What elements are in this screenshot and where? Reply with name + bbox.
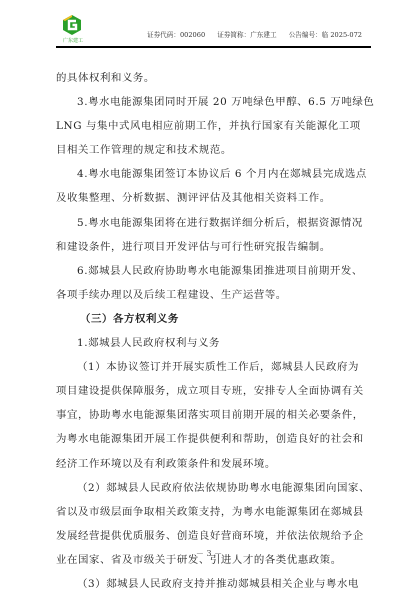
logo-text: 广东建工 xyxy=(60,38,86,44)
text-line: 为粤水电能源集团开展工作提供便利和帮助，创造良好的社会和 xyxy=(56,427,372,451)
text-line: 的具体权利和义务。 xyxy=(56,66,372,90)
text-line: （3）郯城县人民政府支持并推动郯城县相关企业与粤水电 xyxy=(56,572,372,591)
text-line: 3.粤水电能源集团同时开展 20 万吨绿色甲醇、6.5 万吨绿色 xyxy=(56,90,372,114)
document-page: 广东建工 证券代码：002060 证券简称：广东建工 公告编号：临 2025-0… xyxy=(0,0,418,591)
document-body: 的具体权利和义务。 3.粤水电能源集团同时开展 20 万吨绿色甲醇、6.5 万吨… xyxy=(56,66,372,591)
text-line: LNG 与集中式风电相应前期工作，并执行国家有关能源化工项 xyxy=(56,114,372,138)
text-line: （2）郯城县人民政府依法依规协助粤水电能源集团向国家、 xyxy=(56,476,372,500)
page-number: － 3 － xyxy=(0,548,418,559)
text-line: 事宜，协助粤水电能源集团落实项目前期开展的相关必要条件， xyxy=(56,403,372,427)
text-line: 省以及市级层面争取相关政策支持，为粤水电能源集团在郯城县 xyxy=(56,500,372,524)
text-line: 4.粤水电能源集团签订本协议后 6 个月内在郯城县完成选点 xyxy=(56,162,372,186)
header-divider xyxy=(56,46,371,48)
section-heading: （三）各方权利义务 xyxy=(56,307,372,331)
text-line: （1）本协议签订并开展实质性工作后，郯城县人民政府为 xyxy=(56,355,372,379)
text-line: 项目建设提供保障服务，成立项目专班，安排专人全面协调有关 xyxy=(56,379,372,403)
text-line: 5.粤水电能源集团将在进行数据详细分析后，根据资源情况 xyxy=(56,211,372,235)
stock-code: 证券代码：002060 xyxy=(147,31,205,39)
announcement-header: 证券代码：002060 证券简称：广东建工 公告编号：临 2025-072 xyxy=(147,29,372,39)
text-line: 经济工作环境以及有利政策条件和发展环境。 xyxy=(56,452,372,476)
announcement-number: 公告编号：临 2025-072 xyxy=(289,31,362,39)
text-line: 及收集整理、分析数据、测评评估及其他相关资料工作。 xyxy=(56,186,372,210)
company-logo: 广东建工 xyxy=(60,14,86,46)
text-line: 和建设条件，进行项目开发评估与可行性研究报告编制。 xyxy=(56,235,372,259)
text-line: 各项手续办理以及后续工程建设、生产运营等。 xyxy=(56,283,372,307)
company-logo-g-icon xyxy=(62,14,82,36)
text-line: 发展经营提供优质服务、创造良好营商环境，并依法依规给予企 xyxy=(56,524,372,548)
subsection-heading: 1.郯城县人民政府权利与义务 xyxy=(56,331,372,355)
stock-name: 证券简称：广东建工 xyxy=(217,31,276,39)
text-line: 6.郯城县人民政府协助粤水电能源集团推进项目前期开发、 xyxy=(56,259,372,283)
text-line: 目相关工作管理的规定和技术规范。 xyxy=(56,138,372,162)
